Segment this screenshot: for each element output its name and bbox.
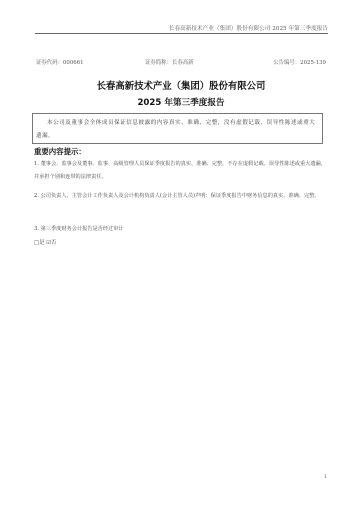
audit-checkbox-line: □是 ☑否 xyxy=(34,238,56,246)
running-header: 长春高新技术产业（集团）股份有限公司 2025 年第三季度报告 xyxy=(35,24,328,32)
report-title: 2025 年第三季度报告 xyxy=(0,96,362,108)
announcement-number: 公告编号：2025-139 xyxy=(273,58,326,66)
disclaimer-box: 本公司及董事会全体成员保证信息披露的内容真实、准确、完整，没有虚假记载、误导性陈… xyxy=(32,113,323,144)
company-title: 长春高新技术产业（集团）股份有限公司 xyxy=(0,78,362,92)
note-item-3: 3. 第三季度财务会计报告是否经过审计 xyxy=(34,223,326,236)
important-notes-heading: 重要内容提示： xyxy=(34,146,86,157)
header-divider xyxy=(35,33,328,34)
stock-short-name: 证券简称：长春高新 xyxy=(145,58,194,66)
disclaimer-text: 本公司及董事会全体成员保证信息披露的内容真实、准确、完整，没有虚假记载、误导性陈… xyxy=(36,120,315,139)
stock-code: 证券代码：000661 xyxy=(36,58,84,66)
page-number: 1 xyxy=(324,474,327,480)
stock-info-row: 证券代码：000661 证券简称：长春高新 公告编号：2025-139 xyxy=(36,58,326,66)
note-item-1: 1. 董事会、监事会及董事、监事、高级管理人员保证季度报告的真实、准确、完整，不… xyxy=(34,158,326,184)
document-page: 长春高新技术产业（集团）股份有限公司 2025 年第三季度报告 证券代码：000… xyxy=(0,0,362,512)
note-item-2: 2. 公司负责人、主管会计工作负责人及会计机构负责人(会计主管人员)声明：保证季… xyxy=(34,190,326,203)
